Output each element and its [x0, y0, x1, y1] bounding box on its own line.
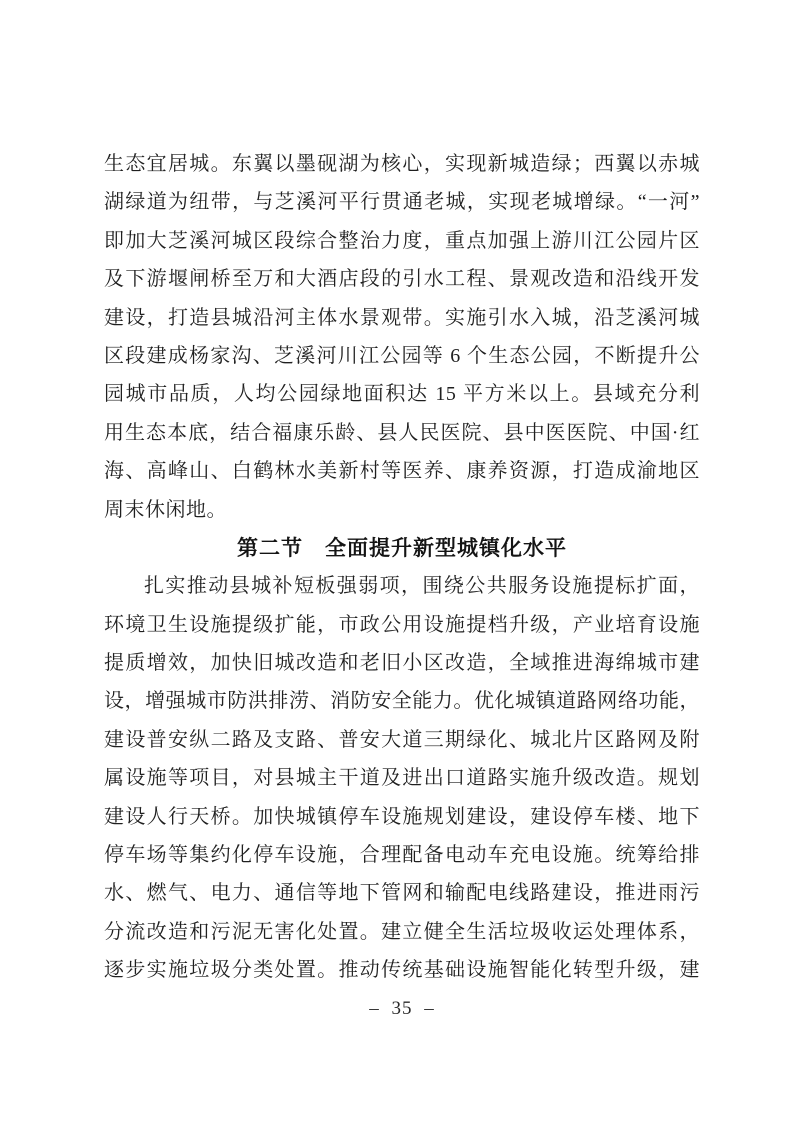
text-line: 设，增强城市防洪排涝、消防安全能力。优化城镇道路网络功能， — [104, 682, 700, 720]
text-line: 水、燃气、电力、通信等地下管网和输配电线路建设，推进雨污 — [104, 874, 700, 912]
text-line: 湖绿道为纽带，与芝溪河平行贯通老城，实现老城增绿。“一河” — [104, 183, 700, 221]
text-line: 逐步实施垃圾分类处置。推动传统基础设施智能化转型升级，建 — [104, 951, 700, 989]
paragraph-urbanization: 扎实推动县城补短板强弱项，围绕公共服务设施提标扩面，环境卫生设施提级扩能，市政公… — [104, 567, 700, 989]
page-content: 生态宜居城。东翼以墨砚湖为核心，实现新城造绿；西翼以赤城湖绿道为纽带，与芝溪河平… — [104, 145, 700, 1028]
text-line: 区段建成杨家沟、芝溪河川江公园等 6 个生态公园，不断提升公 — [104, 337, 700, 375]
text-line: 分流改造和污泥无害化处置。建立健全生活垃圾收运处理体系， — [104, 913, 700, 951]
text-line: 停车场等集约化停车设施，合理配备电动车充电设施。统筹给排 — [104, 836, 700, 874]
page-number: – 35 – — [104, 990, 700, 1028]
text-line: 即加大芝溪河城区段综合整治力度，重点加强上游川江公园片区 — [104, 222, 700, 260]
text-line: 提质增效，加快旧城改造和老旧小区改造，全域推进海绵城市建 — [104, 644, 700, 682]
text-line: 环境卫生设施提级扩能，市政公用设施提档升级，产业培育设施 — [104, 606, 700, 644]
paragraph-eco-city: 生态宜居城。东翼以墨砚湖为核心，实现新城造绿；西翼以赤城湖绿道为纽带，与芝溪河平… — [104, 145, 700, 529]
document-page: 生态宜居城。东翼以墨砚湖为核心，实现新城造绿；西翼以赤城湖绿道为纽带，与芝溪河平… — [0, 0, 793, 1122]
text-line: 建设普安纵二路及支路、普安大道三期绿化、城北片区路网及附 — [104, 721, 700, 759]
text-line: 属设施等项目，对县城主干道及进出口道路实施升级改造。规划 — [104, 759, 700, 797]
text-line: 生态宜居城。东翼以墨砚湖为核心，实现新城造绿；西翼以赤城 — [104, 145, 700, 183]
text-line: 海、高峰山、白鹤林水美新村等医养、康养资源，打造成渝地区 — [104, 452, 700, 490]
text-line: 园城市品质，人均公园绿地面积达 15 平方米以上。县域充分利 — [104, 375, 700, 413]
text-line: 建设，打造县城沿河主体水景观带。实施引水入城，沿芝溪河城 — [104, 299, 700, 337]
section-heading: 第二节 全面提升新型城镇化水平 — [104, 529, 700, 567]
text-line: 扎实推动县城补短板强弱项，围绕公共服务设施提标扩面， — [104, 567, 700, 605]
text-line: 建设人行天桥。加快城镇停车设施规划建设，建设停车楼、地下 — [104, 798, 700, 836]
text-line: 周末休闲地。 — [104, 491, 700, 529]
text-line: 用生态本底，结合福康乐龄、县人民医院、县中医医院、中国·红 — [104, 414, 700, 452]
text-line: 及下游堰闸桥至万和大酒店段的引水工程、景观改造和沿线开发 — [104, 260, 700, 298]
